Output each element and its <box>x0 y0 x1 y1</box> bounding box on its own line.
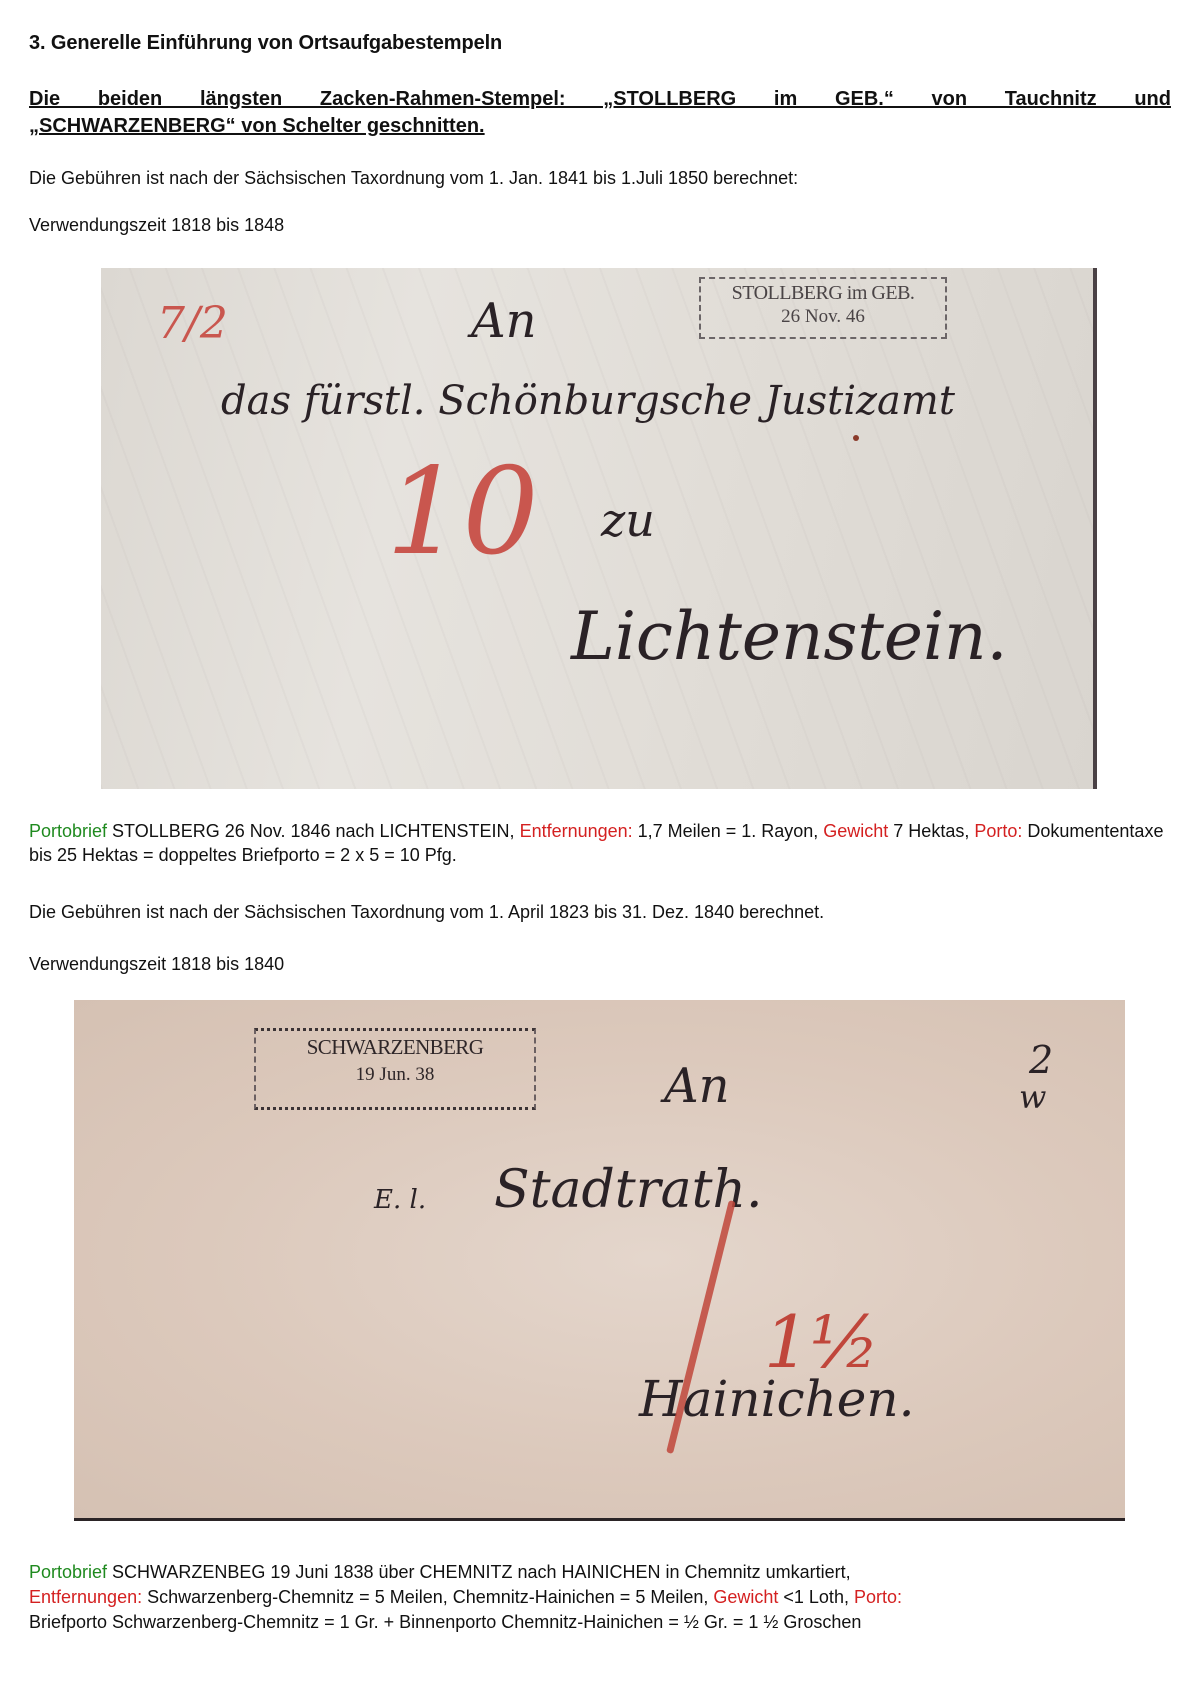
label-entfernungen: Entfernungen: <box>520 821 633 841</box>
stain-dot <box>853 435 859 441</box>
caption-text: Schwarzenberg-Chemnitz = 5 Meilen, Chemn… <box>142 1587 713 1607</box>
handwritten-destination: Lichtenstein. <box>571 598 1008 675</box>
handwritten-prefix: E. l. <box>374 1185 426 1215</box>
red-postage-fraction: 1½ <box>764 1300 880 1384</box>
label-entfernungen: Entfernungen: <box>29 1587 142 1607</box>
postmark-name: STOLLBERG im GEB. <box>701 282 945 305</box>
label-porto: Porto: <box>854 1587 902 1607</box>
caption-2: Portobrief SCHWARZENBEG 19 Juni 1838 übe… <box>29 1560 1174 1635</box>
handwritten-salutation: An <box>664 1058 730 1114</box>
label-gewicht: Gewicht <box>823 821 888 841</box>
red-postage-10: 10 <box>386 443 539 582</box>
subtitle-line-1: Die beiden längsten Zacken-Rahmen-Stempe… <box>29 86 1171 113</box>
handwritten-salutation: An <box>471 293 537 349</box>
tax-note-1: Die Gebühren ist nach der Sächsischen Ta… <box>29 166 1174 190</box>
caption-text: <1 Loth, <box>778 1587 854 1607</box>
paper-texture <box>101 268 1093 789</box>
subtitle-line-2: „SCHWARZENBERG“ von Schelter geschnitten… <box>29 115 485 137</box>
usage-period-1: Verwendungszeit 1818 bis 1848 <box>29 213 1174 237</box>
postmark-date: 26 Nov. 46 <box>701 306 945 328</box>
caption-text: SCHWARZENBEG 19 Juni 1838 über CHEMNITZ … <box>107 1562 851 1582</box>
cover-image-schwarzenberg: SCHWARZENBERG 19 Jun. 38 An 2 w E. l. St… <box>74 1000 1125 1521</box>
postmark-stollberg: STOLLBERG im GEB. 26 Nov. 46 <box>699 277 947 339</box>
section-title: 3. Generelle Einführung von Ortsaufgabes… <box>29 32 502 55</box>
label-portobrief: Portobrief <box>29 1562 107 1582</box>
label-porto: Porto: <box>974 821 1022 841</box>
postmark-name: SCHWARZENBERG <box>256 1035 534 1060</box>
handwritten-zu: zu <box>601 493 655 547</box>
corner-mark-2: w <box>1019 1078 1046 1116</box>
cover-image-stollberg: STOLLBERG im GEB. 26 Nov. 46 7/2 An das … <box>101 268 1097 789</box>
postmark-date: 19 Jun. 38 <box>256 1064 534 1086</box>
usage-period-2: Verwendungszeit 1818 bis 1840 <box>29 952 1174 976</box>
handwritten-address: Stadtrath. <box>494 1160 762 1220</box>
caption-text: STOLLBERG 26 Nov. 1846 nach LICHTENSTEIN… <box>107 821 520 841</box>
caption-text: Briefporto Schwarzenberg-Chemnitz = 1 Gr… <box>29 1612 861 1632</box>
red-manuscript-mark: 7/2 <box>157 298 228 349</box>
corner-mark: 2 <box>1029 1038 1053 1082</box>
subtitle: Die beiden längsten Zacken-Rahmen-Stempe… <box>29 86 1171 140</box>
caption-text: 7 Hektas, <box>888 821 974 841</box>
tax-note-2: Die Gebühren ist nach der Sächsischen Ta… <box>29 900 1174 924</box>
caption-text: 1,7 Meilen = 1. Rayon, <box>633 821 824 841</box>
label-gewicht: Gewicht <box>713 1587 778 1607</box>
postmark-schwarzenberg: SCHWARZENBERG 19 Jun. 38 <box>254 1028 536 1110</box>
caption-1: Portobrief STOLLBERG 26 Nov. 1846 nach L… <box>29 819 1174 867</box>
label-portobrief: Portobrief <box>29 821 107 841</box>
handwritten-address: das fürstl. Schönburgsche Justizamt <box>221 378 955 424</box>
